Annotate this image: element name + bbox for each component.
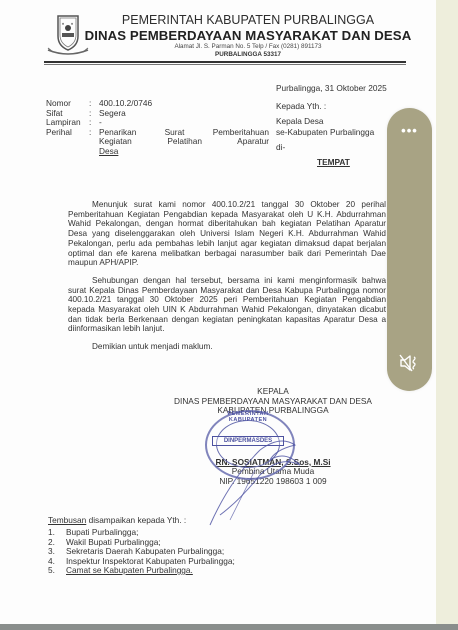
meta-row-nomor: Nomor : 400.10.2/0746 — [46, 99, 269, 109]
speaker-muted-icon[interactable] — [398, 352, 422, 374]
letterhead-agency: DINAS PEMBERDAYAAN MASYARAKAT DAN DESA — [0, 28, 436, 43]
meta-key: Perihal — [46, 128, 89, 138]
cc-item-number: 5. — [48, 566, 66, 575]
meta-row-perihal-cont: Kegiatan Pelatihan Aparatur — [46, 137, 269, 147]
cc-item-text: Camat se Kabupaten Purbalingga. — [66, 566, 193, 575]
cc-item: 5.Camat se Kabupaten Purbalingga. — [48, 566, 235, 575]
cc-title-rest: disampaikan kepada Yth. : — [86, 515, 186, 525]
letterhead-rule-thin — [44, 64, 406, 65]
letter-date: Purbalingga, 31 Oktober 2025 — [276, 83, 387, 93]
meta-key-spacer — [46, 147, 89, 157]
side-strip — [436, 0, 458, 624]
more-options-button[interactable]: ••• — [387, 126, 432, 136]
body-paragraph-2: Sehubungan dengan hal tersebut, bersama … — [68, 276, 386, 334]
meta-sep-spacer — [89, 137, 99, 147]
recipient-name: Kepala Desa se-Kabupaten Purbalingga — [276, 116, 374, 138]
body-paragraph-1: Menunjuk surat kami nomor 400.10.2/21 ta… — [68, 200, 386, 268]
letterhead-city: PURBALINGGA 53317 — [0, 51, 436, 58]
cc-title-underlined: Tembusan — [48, 515, 86, 525]
letterhead-rule — [44, 61, 406, 63]
cc-list: 1.Bupati Purbalingga; 2.Wakil Bupati Pur… — [48, 528, 235, 575]
letterhead-government: PEMERINTAH KABUPATEN PURBALINGGA — [0, 13, 436, 27]
meta-sep-spacer — [89, 147, 99, 157]
recipient-line-3: di- — [276, 142, 285, 152]
floating-control-pill[interactable]: ••• — [387, 108, 432, 391]
letter-meta: Nomor : 400.10.2/0746 Sifat : Segera Lam… — [46, 99, 269, 157]
meta-value: Kegiatan Pelatihan Aparatur — [99, 137, 269, 147]
recipient-line-1: Kepala Desa — [276, 116, 374, 127]
meta-value: Desa — [99, 147, 269, 157]
meta-value: Segera — [99, 109, 269, 119]
carbon-copy-section: Tembusan disampaikan kepada Yth. : 1.Bup… — [48, 516, 235, 575]
meta-sep: : — [89, 128, 99, 138]
bottom-bar — [0, 624, 458, 630]
body-paragraph-3: Demikian untuk menjadi maklum. — [68, 342, 386, 352]
meta-key-spacer — [46, 137, 89, 147]
more-dots-icon: ••• — [401, 123, 418, 138]
cc-title: Tembusan disampaikan kepada Yth. : — [48, 516, 235, 525]
handwritten-signature-icon — [200, 420, 310, 530]
recipient-salutation: Kepada Yth. : — [276, 101, 326, 111]
letterhead-address: Alamat Jl. S. Parman No. 5 Telp / Fax (0… — [0, 43, 436, 50]
letter-body: Menunjuk surat kami nomor 400.10.2/21 ta… — [68, 200, 386, 360]
recipient-line-2: se-Kabupaten Purbalingga — [276, 127, 374, 138]
recipient-place: TEMPAT — [317, 157, 350, 167]
meta-row-perihal-cont: Desa — [46, 147, 269, 157]
document-page: ♦ ♦ PEMERINTAH KABUPATEN PURBALINGGA DIN… — [0, 0, 436, 624]
